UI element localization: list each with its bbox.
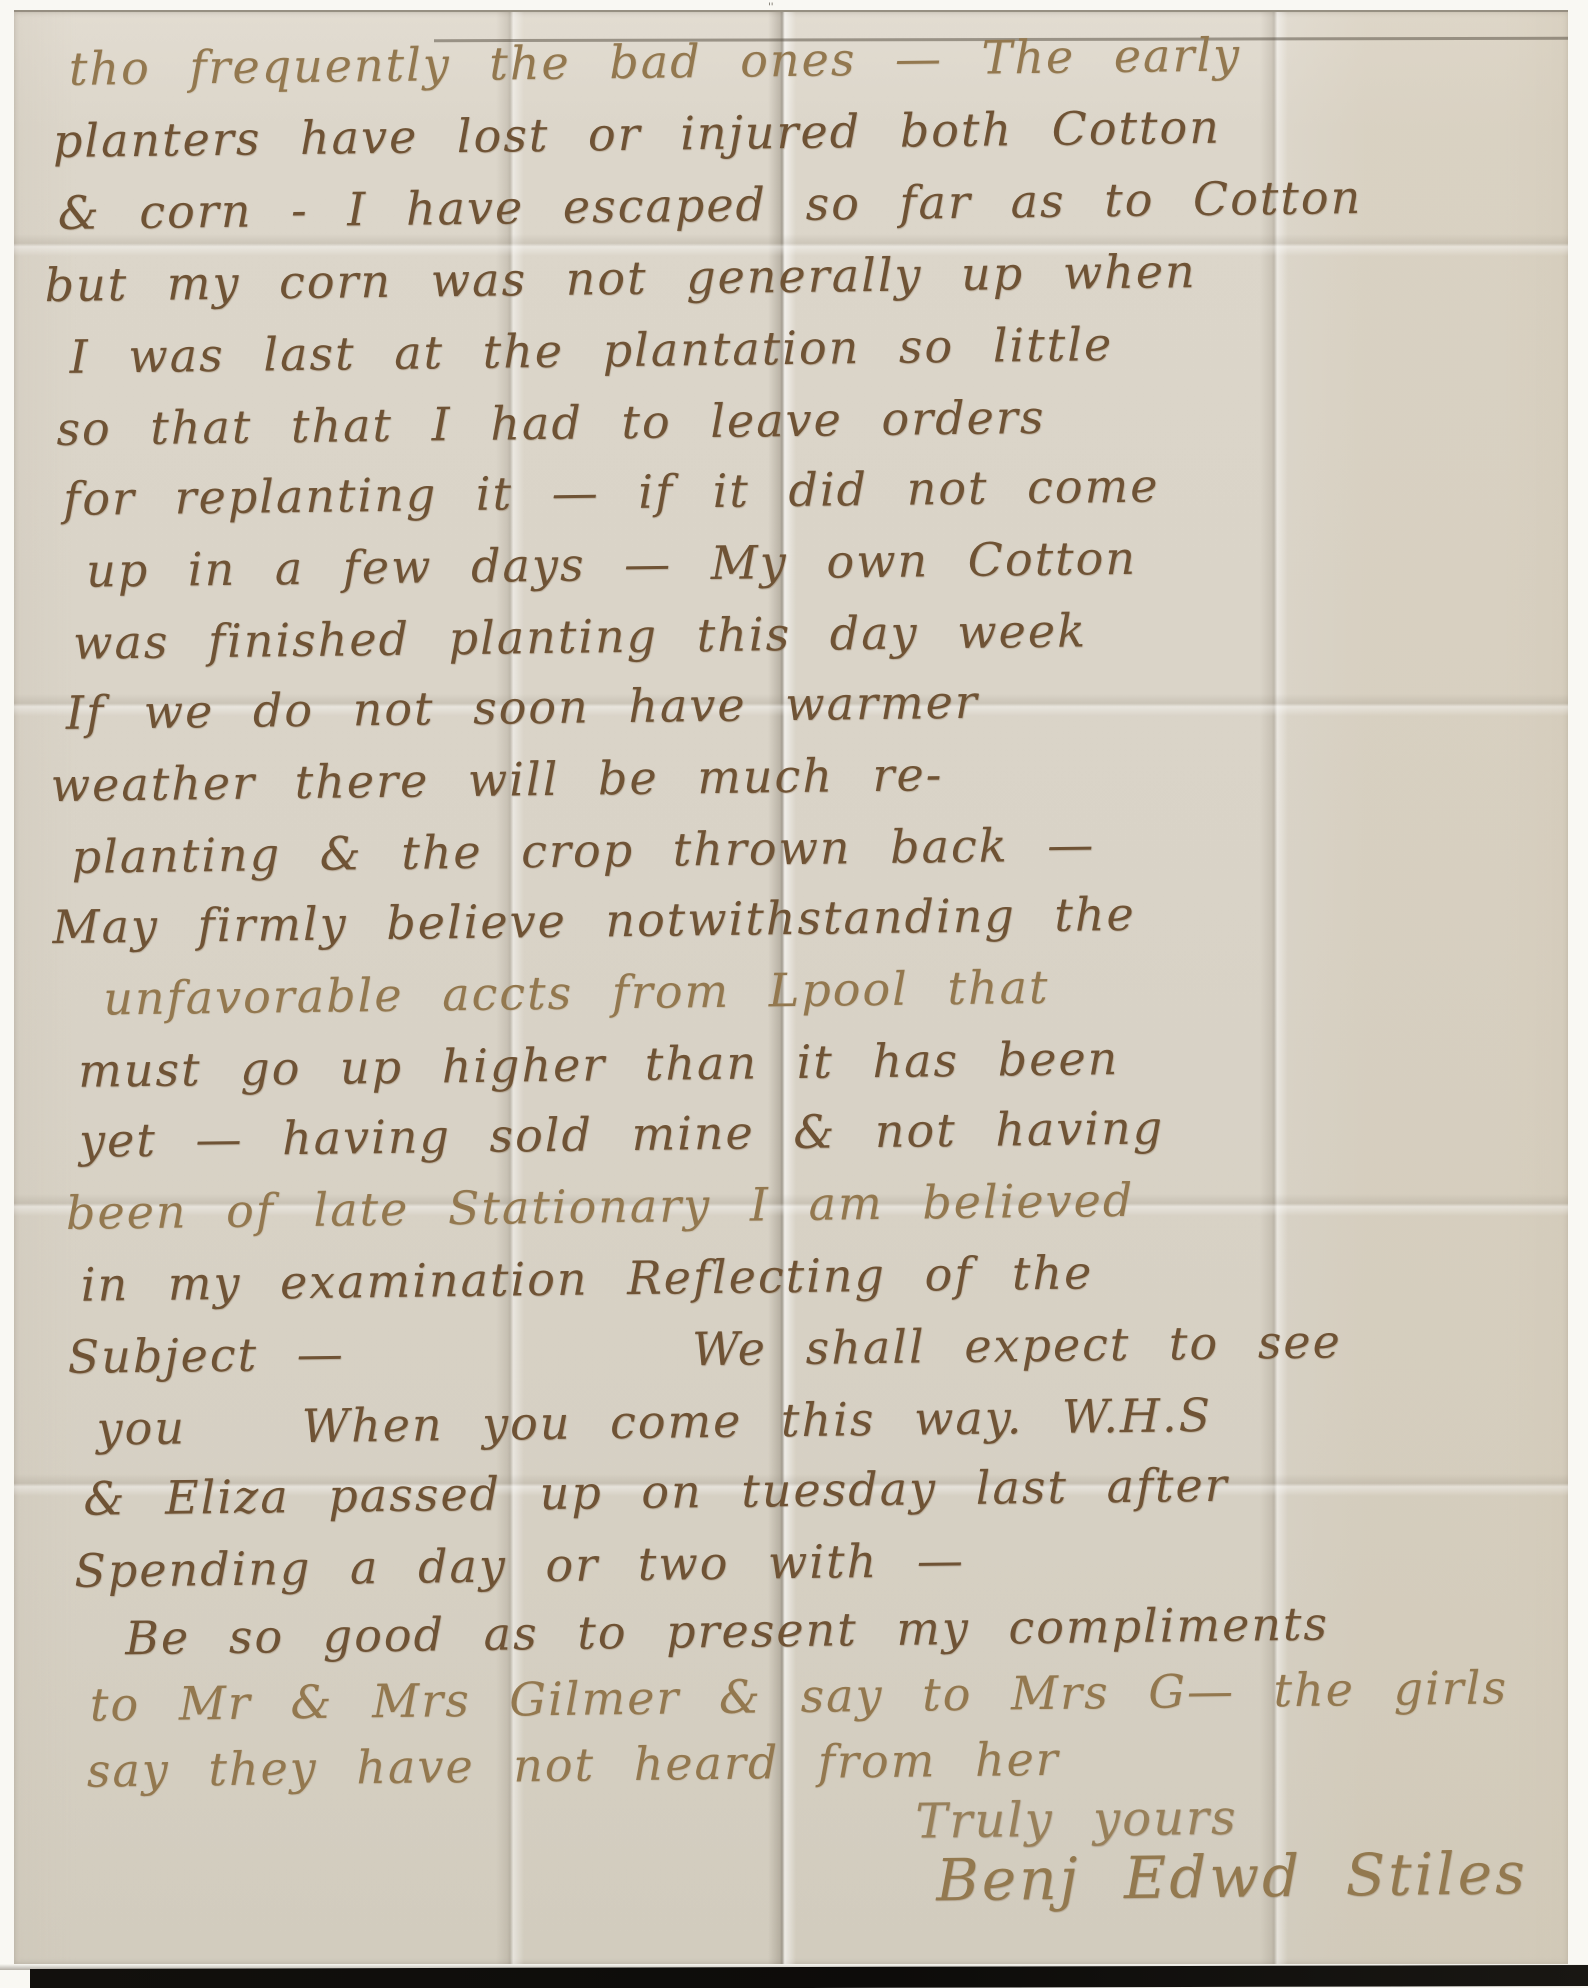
letter-line: & Eliza passed up on tuesday last after xyxy=(83,1462,1229,1522)
letter-line: so that that I had to leave orders xyxy=(56,394,1046,452)
letter-line: & corn - I have escaped so far as to Cot… xyxy=(57,174,1362,236)
letter-closing: Truly yours xyxy=(915,1794,1238,1846)
letter-line: been of late Stationary I am believed xyxy=(66,1177,1135,1236)
letter-line: but my corn was not generally up when xyxy=(44,248,1197,308)
letter-line: say they have not heard from her xyxy=(86,1736,1060,1794)
letter-line: to Mr & Mrs Gilmer & say to Mrs G— the g… xyxy=(90,1664,1509,1727)
letter-line: May firmly believe notwithstanding the xyxy=(52,891,1136,950)
letter-line: Be so good as to present my compliments xyxy=(125,1601,1329,1662)
letter-line: Spending a day or two with — xyxy=(74,1537,965,1594)
letter-line: unfavorable accts from Lpool that xyxy=(103,964,1050,1022)
letter-line: planters have lost or injured both Cotto… xyxy=(53,104,1221,164)
letter-line: was finished planting this day week xyxy=(73,607,1087,665)
letter-line: planting & the crop thrown back — xyxy=(71,821,1095,880)
letter-line: I was last at the plantation so little xyxy=(69,321,1113,380)
letter-line: Subject — We shall expect to see xyxy=(67,1318,1342,1380)
letter-signature: Benj Edwd Stiles xyxy=(936,1844,1528,1909)
letter-line: If we do not soon have warmer xyxy=(66,679,979,736)
letter-line: up in a few days — My own Cotton xyxy=(86,535,1137,594)
letter-line: you When you come this way. W.H.S xyxy=(96,1392,1212,1452)
handwritten-text-block: tho frequently the bad ones — The early … xyxy=(13,0,1588,1964)
scanner-dark-band xyxy=(30,1965,1588,1988)
letter-line: in my examination Reflecting of the xyxy=(81,1249,1094,1307)
letter-line: yet — having sold mine & not having xyxy=(79,1105,1165,1164)
letter-line: for replanting it — if it did not come xyxy=(63,463,1160,522)
letter-line: weather there will be much re- xyxy=(50,751,943,808)
letter-line: tho frequently the bad ones — The early xyxy=(69,31,1242,91)
letter-line: must go up higher than it has been xyxy=(78,1035,1120,1094)
